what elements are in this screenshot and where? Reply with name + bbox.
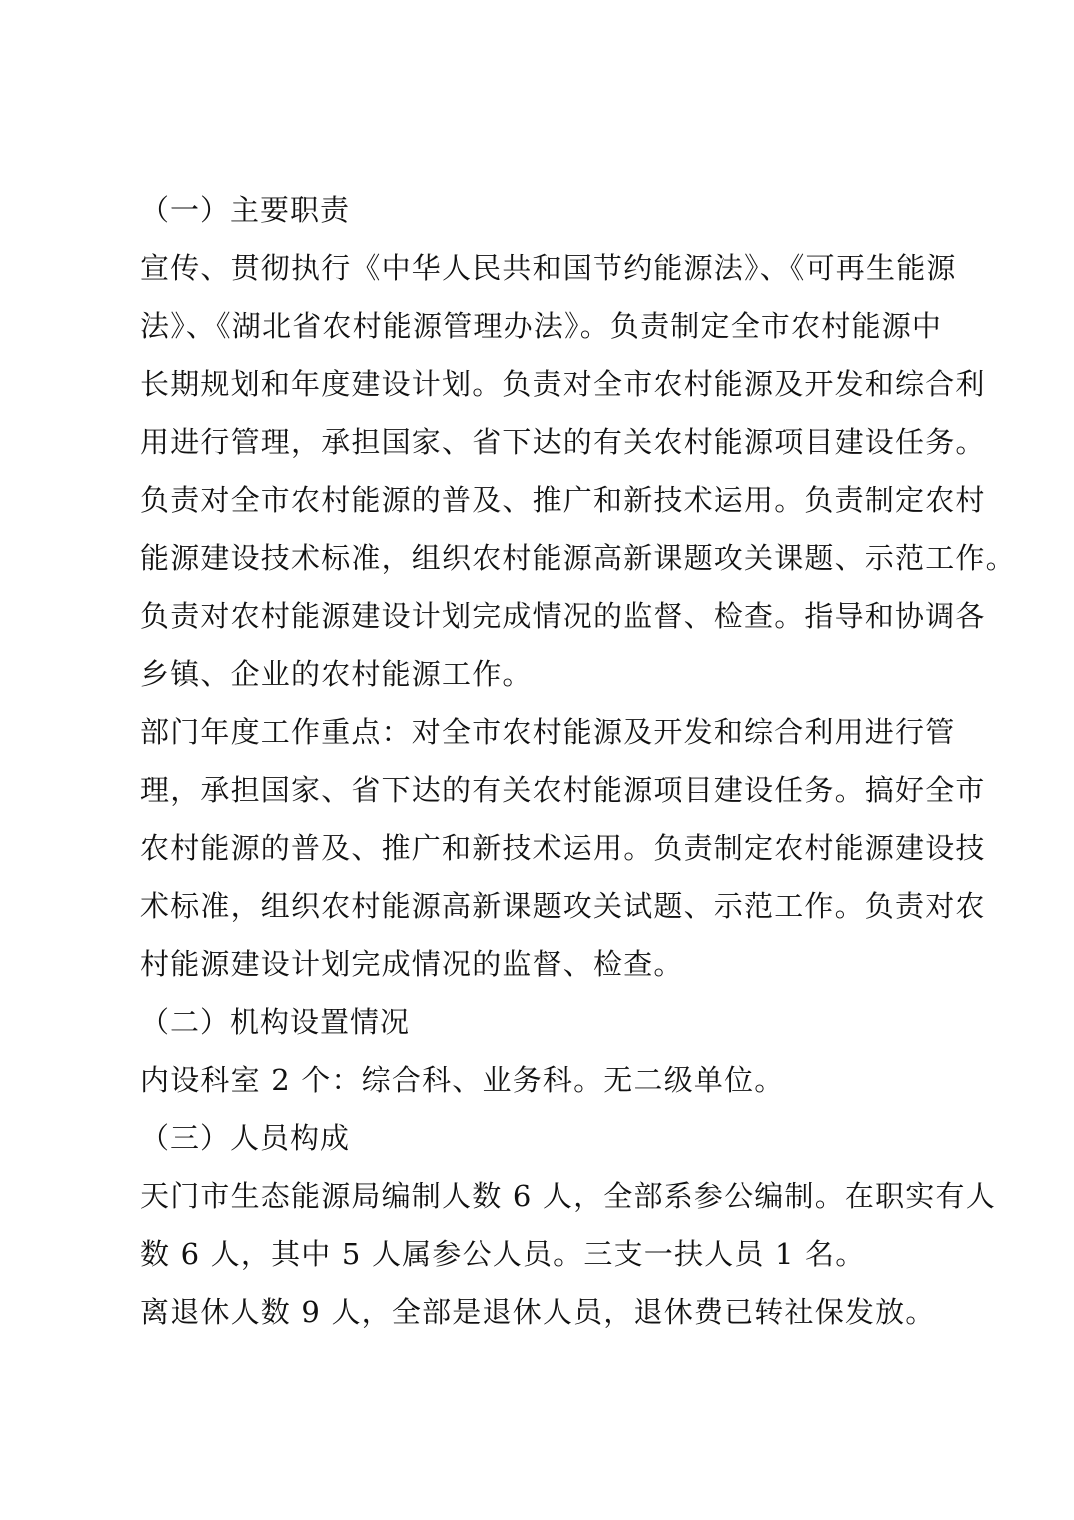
section-heading-main-duties: （一）主要职责: [140, 190, 940, 230]
paragraph-line: 村能源建设计划完成情况的监督、检查。: [140, 944, 940, 984]
paragraph-line: 天门市生态能源局编制人数 6 人，全部系参公编制。在职实有人: [140, 1176, 940, 1216]
paragraph-line: 长期规划和年度建设计划。负责对全市农村能源及开发和综合利: [140, 364, 940, 404]
paragraph-line: 乡镇、企业的农村能源工作。: [140, 654, 940, 694]
paragraph-line: 能源建设技术标准，组织农村能源高新课题攻关课题、示范工作。: [140, 538, 940, 578]
paragraph-line: 负责对全市农村能源的普及、推广和新技术运用。负责制定农村: [140, 480, 940, 520]
paragraph-line: 离退休人数 9 人，全部是退休人员，退休费已转社保发放。: [140, 1292, 940, 1332]
paragraph-line: 用进行管理，承担国家、省下达的有关农村能源项目建设任务。: [140, 422, 940, 462]
paragraph-line: 理，承担国家、省下达的有关农村能源项目建设任务。搞好全市: [140, 770, 940, 810]
paragraph-line: 内设科室 2 个：综合科、业务科。无二级单位。: [140, 1060, 940, 1100]
paragraph-line: 农村能源的普及、推广和新技术运用。负责制定农村能源建设技: [140, 828, 940, 868]
paragraph-line: 术标准，组织农村能源高新课题攻关试题、示范工作。负责对农: [140, 886, 940, 926]
paragraph-line: 负责对农村能源建设计划完成情况的监督、检查。指导和协调各: [140, 596, 940, 636]
section-heading-organization: （二）机构设置情况: [140, 1002, 940, 1042]
paragraph-line: 法》、《湖北省农村能源管理办法》。负责制定全市农村能源中: [140, 306, 940, 346]
paragraph-line: 宣传、贯彻执行《中华人民共和国节约能源法》、《可再生能源: [140, 248, 940, 288]
document-page: （一）主要职责 宣传、贯彻执行《中华人民共和国节约能源法》、《可再生能源 法》、…: [0, 0, 1074, 1520]
paragraph-line: 数 6 人，其中 5 人属参公人员。三支一扶人员 1 名。: [140, 1234, 940, 1274]
section-heading-staffing: （三）人员构成: [140, 1118, 940, 1158]
paragraph-line: 部门年度工作重点：对全市农村能源及开发和综合利用进行管: [140, 712, 940, 752]
